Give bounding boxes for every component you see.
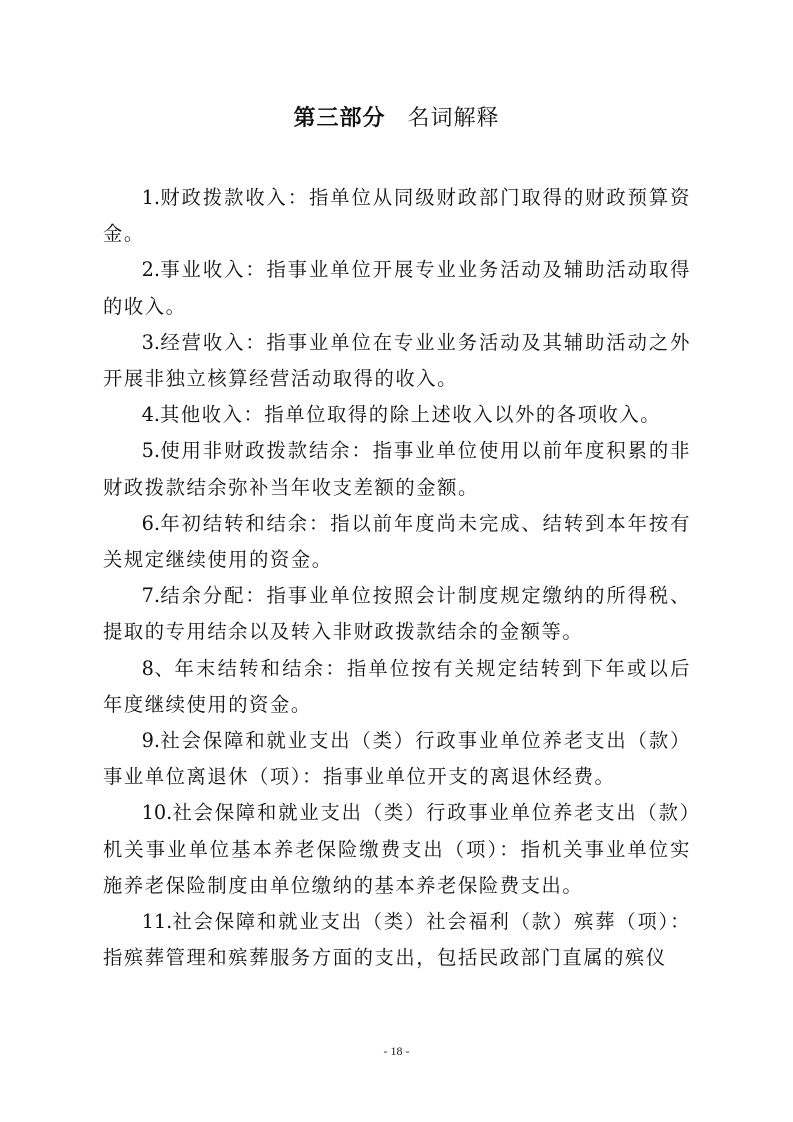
paragraph-text: 年末结转和结余：指单位按有关规定结转到下年或以后年度继续使用的资金。 — [103, 657, 691, 716]
paragraph-number: 11. — [142, 910, 173, 933]
paragraph-number: 7. — [142, 584, 160, 607]
paragraph-number: 6. — [142, 512, 160, 535]
paragraph-number: 8、 — [142, 657, 175, 680]
paragraph-text: 年初结转和结余：指以前年度尚未完成、结转到本年按有关规定继续使用的资金。 — [103, 512, 691, 571]
page-number: - 18 - — [0, 1044, 793, 1059]
definition-paragraph-5: 5.使用非财政拨款结余：指事业单位使用以前年度积累的非财政拨款结余弥补当年收支差… — [103, 433, 691, 505]
document-body: 1.财政拨款收入：指单位从同级财政部门取得的财政预算资金。 2.事业收入：指事业… — [103, 180, 691, 976]
paragraph-text: 其他收入：指单位取得的除上述收入以外的各项收入。 — [160, 403, 661, 426]
section-title-name: 名词解释 — [408, 106, 500, 131]
definition-paragraph-2: 2.事业收入：指事业单位开展专业业务活动及辅助活动取得的收入。 — [103, 252, 691, 324]
definition-paragraph-11: 11.社会保障和就业支出（类）社会福利（款）殡葬（项）：指殡葬管理和殡葬服务方面… — [103, 904, 691, 976]
definition-paragraph-3: 3.经营收入：指事业单位在专业业务活动及其辅助活动之外开展非独立核算经营活动取得… — [103, 325, 691, 397]
paragraph-number: 9. — [142, 729, 160, 752]
paragraph-text: 社会保障和就业支出（类）行政事业单位养老支出（款）机关事业单位基本养老保险缴费支… — [103, 801, 691, 896]
section-title-part: 第三部分 — [293, 106, 385, 131]
paragraph-text: 社会保障和就业支出（类）行政事业单位养老支出（款）事业单位离退休（项）：指事业单… — [103, 729, 691, 788]
paragraph-number: 5. — [142, 439, 160, 462]
paragraph-text: 社会保障和就业支出（类）社会福利（款）殡葬（项）：指殡葬管理和殡葬服务方面的支出… — [103, 910, 691, 969]
section-title: 第三部分名词解释 — [0, 104, 793, 134]
definition-paragraph-6: 6.年初结转和结余：指以前年度尚未完成、结转到本年按有关规定继续使用的资金。 — [103, 506, 691, 578]
paragraph-text: 结余分配：指事业单位按照会计制度规定缴纳的所得税、提取的专用结余以及转入非财政拨… — [103, 584, 691, 643]
definition-paragraph-7: 7.结余分配：指事业单位按照会计制度规定缴纳的所得税、提取的专用结余以及转入非财… — [103, 578, 691, 650]
definition-paragraph-4: 4.其他收入：指单位取得的除上述收入以外的各项收入。 — [103, 397, 691, 433]
paragraph-number: 1. — [142, 186, 160, 209]
paragraph-text: 财政拨款收入：指单位从同级财政部门取得的财政预算资金。 — [103, 186, 691, 245]
paragraph-number: 4. — [142, 403, 160, 426]
definition-paragraph-10: 10.社会保障和就业支出（类）行政事业单位养老支出（款）机关事业单位基本养老保险… — [103, 795, 691, 904]
paragraph-text: 使用非财政拨款结余：指事业单位使用以前年度积累的非财政拨款结余弥补当年收支差额的… — [103, 439, 691, 498]
definition-paragraph-9: 9.社会保障和就业支出（类）行政事业单位养老支出（款）事业单位离退休（项）：指事… — [103, 723, 691, 795]
paragraph-text: 事业收入：指事业单位开展专业业务活动及辅助活动取得的收入。 — [103, 258, 691, 317]
definition-paragraph-1: 1.财政拨款收入：指单位从同级财政部门取得的财政预算资金。 — [103, 180, 691, 252]
paragraph-number: 10. — [142, 801, 173, 824]
paragraph-number: 2. — [142, 258, 160, 281]
paragraph-text: 经营收入：指事业单位在专业业务活动及其辅助活动之外开展非独立核算经营活动取得的收… — [103, 331, 691, 390]
paragraph-number: 3. — [142, 331, 160, 354]
document-page: 第三部分名词解释 1.财政拨款收入：指单位从同级财政部门取得的财政预算资金。 2… — [0, 0, 793, 1122]
definition-paragraph-8: 8、年末结转和结余：指单位按有关规定结转到下年或以后年度继续使用的资金。 — [103, 651, 691, 723]
